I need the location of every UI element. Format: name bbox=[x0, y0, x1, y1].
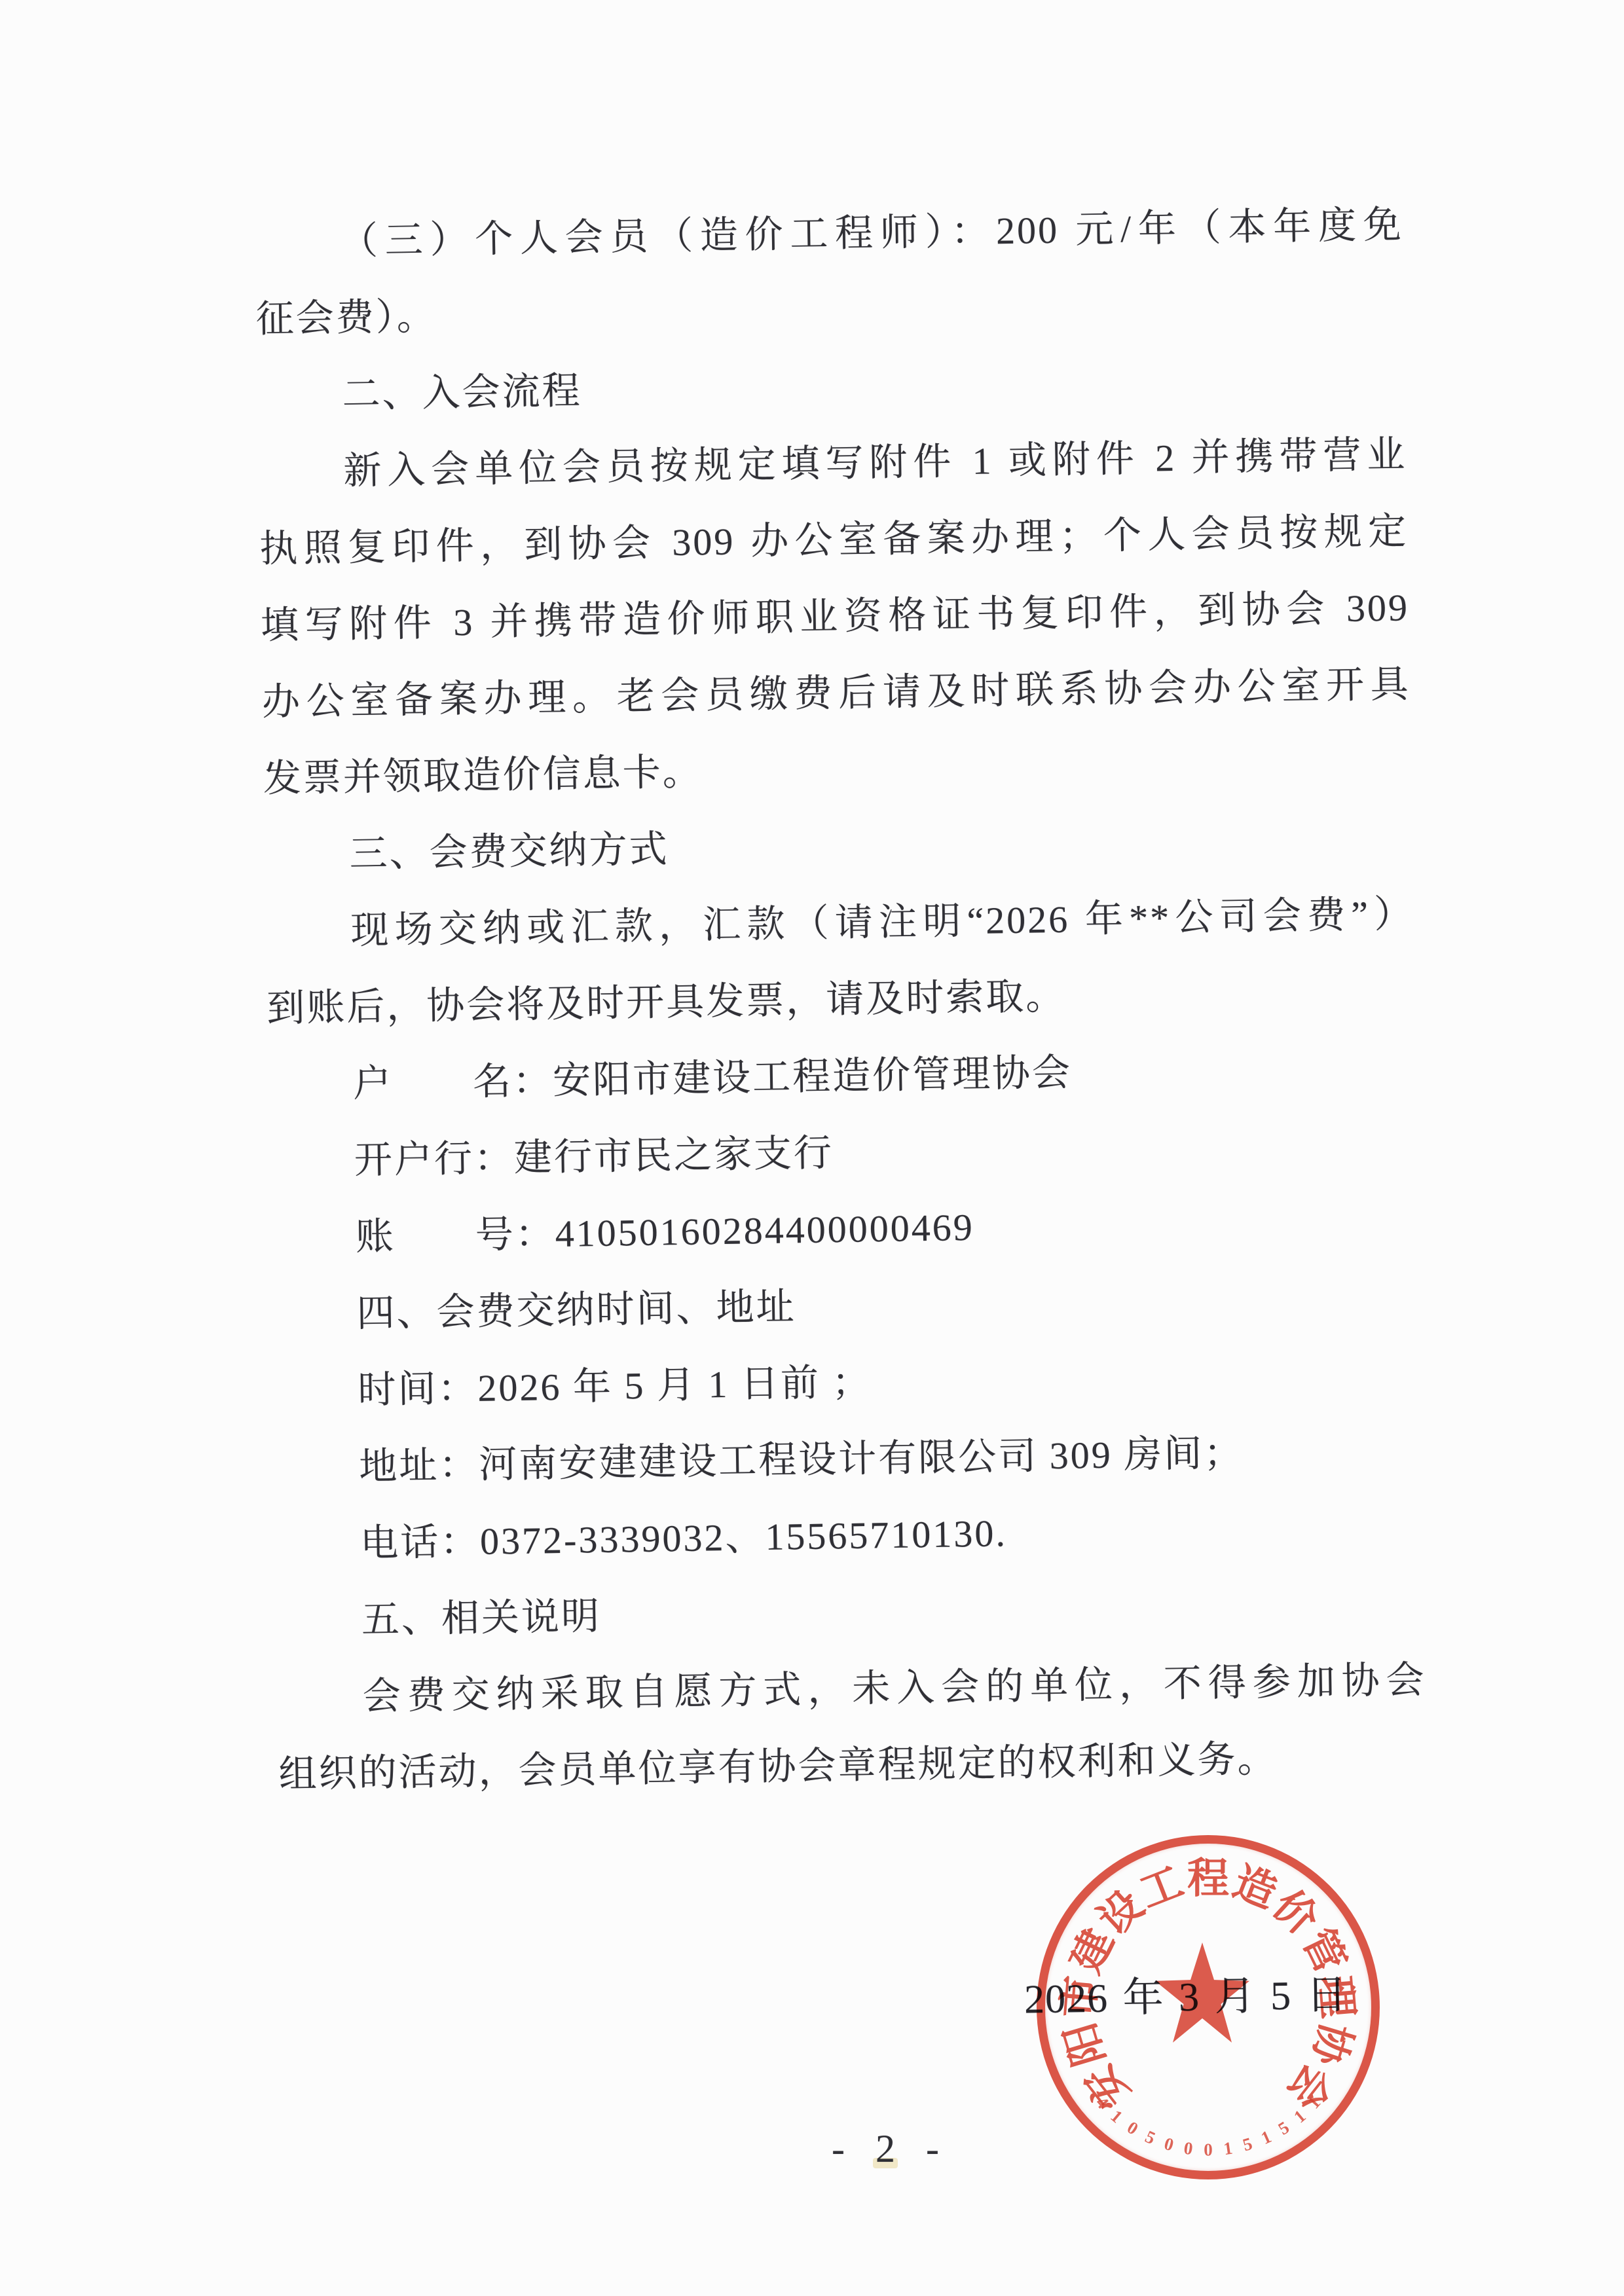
seal-arc-character: 理 bbox=[1314, 1975, 1359, 2020]
document-body: （三）个人会员（造价工程师）：200 元/年（本年度免征会费）。二、入会流程新入… bbox=[254, 186, 1428, 1812]
seal-arc-character: 程 bbox=[1187, 1858, 1229, 1900]
seal-arc-character: 市 bbox=[1058, 1975, 1103, 2020]
page-number: - 2 - bbox=[832, 2126, 950, 2172]
official-seal-stamp: 安阳市建设工程造价管理协会 4105000151511 bbox=[1037, 1835, 1380, 2179]
scanned-document-page: （三）个人会员（造价工程师）：200 元/年（本年度免征会费）。二、入会流程新入… bbox=[0, 0, 1624, 2296]
seal-serial-digit: 0 bbox=[1204, 2141, 1213, 2159]
